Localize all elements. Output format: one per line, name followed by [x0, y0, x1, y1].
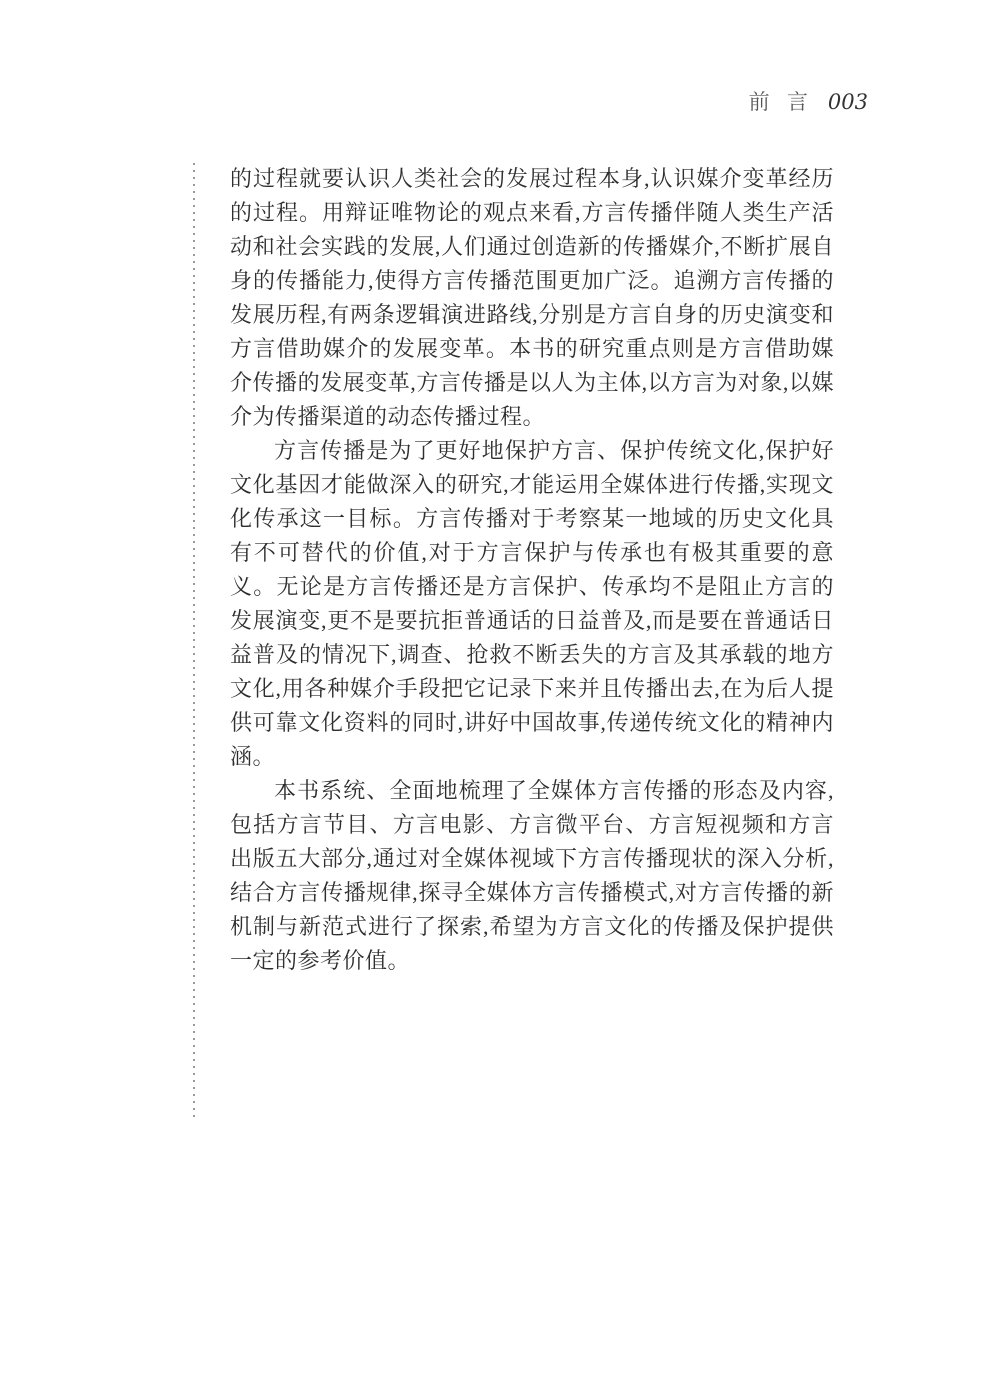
margin-dotted-rule — [193, 163, 195, 1117]
header-page-number: 003 — [828, 90, 868, 114]
book-page: 前 言 003 的过程就要认识人类社会的发展过程本身,认识媒介变革经历的过程。用… — [0, 0, 998, 1395]
paragraph: 方言传播是为了更好地保护方言、保护传统文化,保护好文化基因才能做深入的研究,才能… — [230, 434, 834, 774]
header-section-title: 前 言 — [749, 86, 814, 116]
page-body: 的过程就要认识人类社会的发展过程本身,认识媒介变革经历的过程。用辩证唯物论的观点… — [230, 162, 834, 978]
paragraph-continuation: 的过程就要认识人类社会的发展过程本身,认识媒介变革经历的过程。用辩证唯物论的观点… — [230, 162, 834, 434]
page-header: 前 言 003 — [749, 86, 868, 116]
paragraph: 本书系统、全面地梳理了全媒体方言传播的形态及内容,包括方言节目、方言电影、方言微… — [230, 774, 834, 978]
